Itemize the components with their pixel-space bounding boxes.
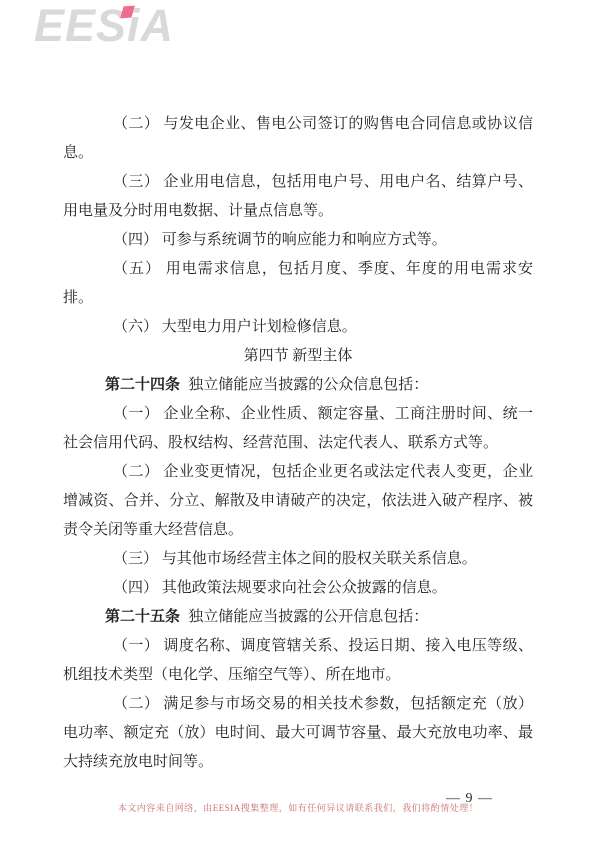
article-25: 第二十五条独立储能应当披露的公开信息包括：	[63, 603, 533, 632]
section-heading: 第四节 新型主体	[63, 342, 533, 371]
article-24: 第二十四条独立储能应当披露的公众信息包括：	[63, 371, 533, 400]
clause-item-3: （三） 企业用电信息，包括用电户号、用电户名、结算户号、用电量及分时用电数据、计…	[63, 168, 533, 226]
footer-watermark: 本文内容来自网络，由EESIA搜集整理，如有任何异议请联系我们，我们将酌情处理！	[0, 801, 596, 814]
clause-item-25-2: （二） 满足参与市场交易的相关技术参数，包括额定充（放）电功率、额定充（放）电时…	[63, 690, 533, 777]
clause-item-24-1: （一） 企业全称、企业性质、额定容量、工商注册时间、统一社会信用代码、股权结构、…	[63, 400, 533, 458]
clause-item-24-3: （三） 与其他市场经营主体之间的股权关联关系信息。	[63, 545, 533, 574]
logo-text: EESiA	[34, 0, 174, 51]
article-25-text: 独立储能应当披露的公开信息包括：	[188, 609, 428, 625]
document-body: （二） 与发电企业、售电公司签订的购售电合同信息或协议信息。 （三） 企业用电信…	[63, 110, 533, 813]
clause-item-4: （四） 可参与系统调节的响应能力和响应方式等。	[63, 226, 533, 255]
eesia-logo: EESiA	[34, 2, 174, 54]
clause-item-5: （五） 用电需求信息，包括月度、季度、年度的用电需求安排。	[63, 255, 533, 313]
article-25-label: 第二十五条	[105, 609, 180, 625]
clause-item-2: （二） 与发电企业、售电公司签订的购售电合同信息或协议信息。	[63, 110, 533, 168]
document-page: EESiA （二） 与发电企业、售电公司签订的购售电合同信息或协议信息。 （三）…	[0, 0, 596, 842]
clause-item-24-4: （四） 其他政策法规要求向社会公众披露的信息。	[63, 574, 533, 603]
clause-item-25-1: （一） 调度名称、调度管辖关系、投运日期、接入电压等级、机组技术类型（电化学、压…	[63, 632, 533, 690]
article-24-text: 独立储能应当披露的公众信息包括：	[188, 377, 428, 393]
article-24-label: 第二十四条	[105, 377, 180, 393]
clause-item-6: （六） 大型电力用户计划检修信息。	[63, 313, 533, 342]
clause-item-24-2: （二） 企业变更情况，包括企业更名或法定代表人变更，企业增减资、合并、分立、解散…	[63, 458, 533, 545]
